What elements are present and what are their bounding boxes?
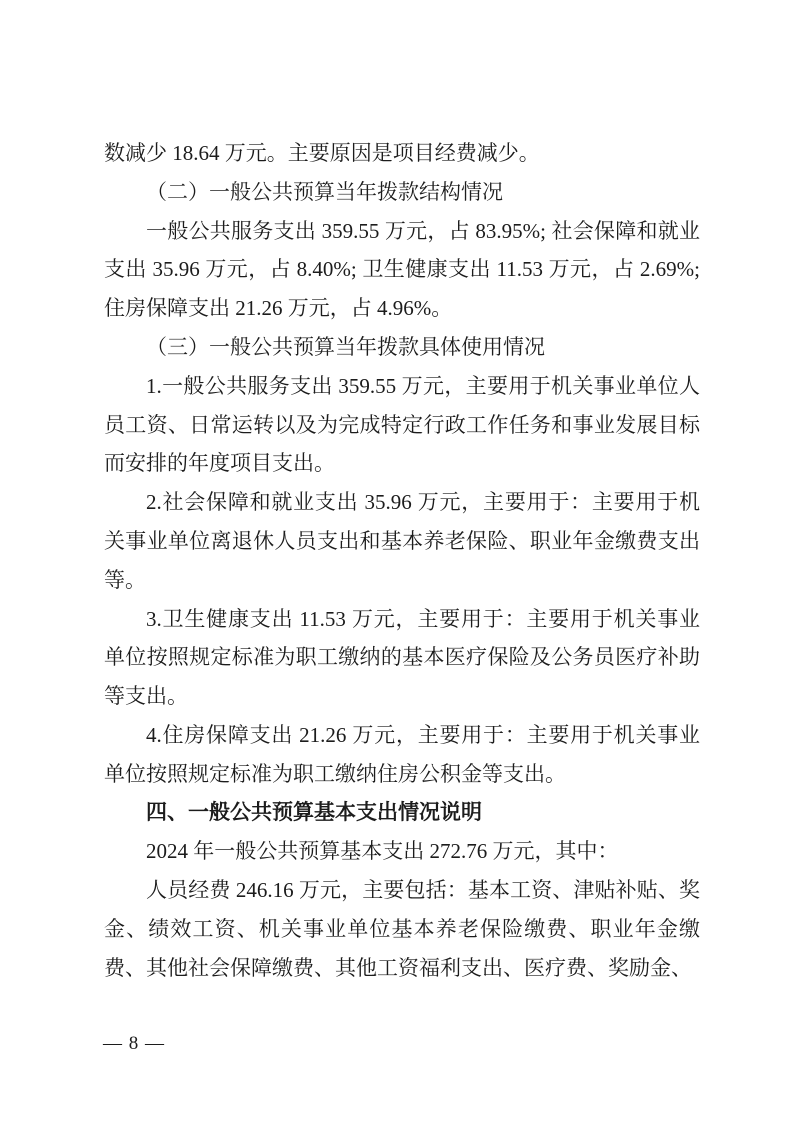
paragraph-item-1-general-public-services: 1.一般公共服务支出 359.55 万元，主要用于机关事业单位人员工资、日常运转… <box>104 367 700 483</box>
paragraph-basic-expenditure-total: 2024 年一般公共预算基本支出 272.76 万元，其中： <box>104 832 700 871</box>
paragraph-personnel-expense: 人员经费 246.16 万元，主要包括：基本工资、津贴补贴、奖金、绩效工资、机关… <box>104 871 700 987</box>
paragraph-continued-from-previous-page: 数减少 18.64 万元。主要原因是项目经费减少。 <box>104 134 700 173</box>
heading-section-2-allocation-structure: （二）一般公共预算当年拨款结构情况 <box>104 173 700 212</box>
text-block: 数减少 18.64 万元。主要原因是项目经费减少。 （二）一般公共预算当年拨款结… <box>104 134 700 988</box>
document-page: 数减少 18.64 万元。主要原因是项目经费减少。 （二）一般公共预算当年拨款结… <box>0 0 793 1122</box>
paragraph-item-2-social-security-employment: 2.社会保障和就业支出 35.96 万元，主要用于：主要用于机关事业单位离退休人… <box>104 483 700 599</box>
paragraph-allocation-structure-details: 一般公共服务支出 359.55 万元，占 83.95%; 社会保障和就业支出 3… <box>104 212 700 328</box>
paragraph-item-3-health: 3.卫生健康支出 11.53 万元，主要用于：主要用于机关事业单位按照规定标准为… <box>104 600 700 716</box>
paragraph-item-4-housing-security: 4.住房保障支出 21.26 万元，主要用于：主要用于机关事业单位按照规定标准为… <box>104 716 700 794</box>
page-number: — 8 — <box>103 1033 165 1055</box>
heading-section-4-basic-expenditure: 四、一般公共预算基本支出情况说明 <box>104 794 700 833</box>
heading-section-3-specific-usage: （三）一般公共预算当年拨款具体使用情况 <box>104 328 700 367</box>
